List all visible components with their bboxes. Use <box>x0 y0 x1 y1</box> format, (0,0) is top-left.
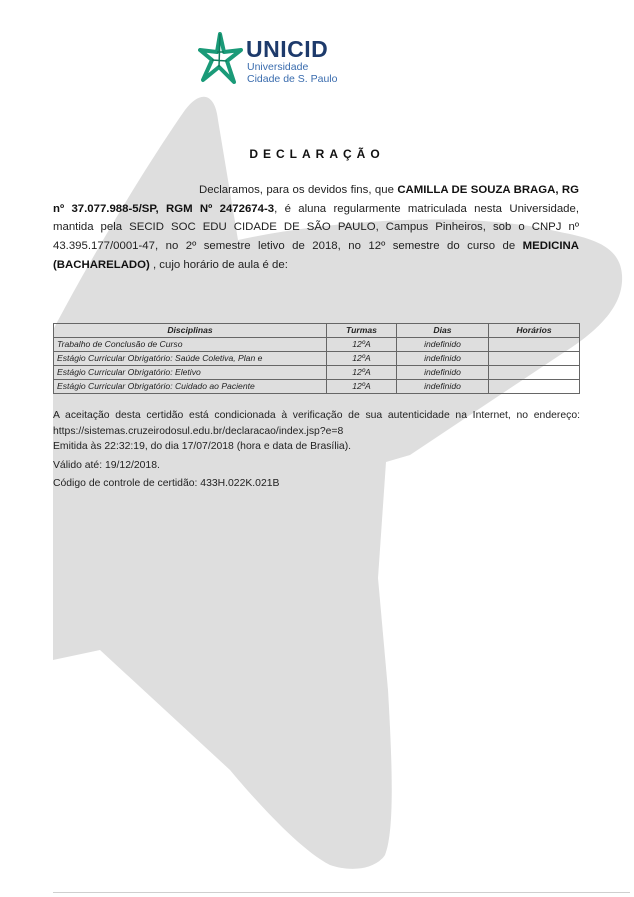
issued-timestamp: Emitida às 22:32:19, do dia 17/07/2018 (… <box>53 441 580 452</box>
logo-subtitle-line2: Cidade de S. Paulo <box>247 74 337 85</box>
schedule-table: Disciplinas Turmas Dias Horários Trabalh… <box>53 323 580 394</box>
unicid-logo: UNICID Universidade Cidade de S. Paulo <box>198 30 348 90</box>
cell-turma: 12ºA <box>327 338 397 352</box>
table-row: Trabalho de Conclusão de Curso 12ºA inde… <box>54 338 580 352</box>
declaration-paragraph: Declaramos, para os devidos fins, que CA… <box>53 181 579 275</box>
cell-dias: indefinido <box>397 380 489 394</box>
table-row: Estágio Curricular Obrigatório: Eletivo … <box>54 366 580 380</box>
cell-turma: 12ºA <box>327 352 397 366</box>
verification-notice: A aceitação desta certidão está condicio… <box>53 408 580 439</box>
header-horarios: Horários <box>489 324 580 338</box>
header-turmas: Turmas <box>327 324 397 338</box>
cell-turma: 12ºA <box>327 366 397 380</box>
cell-horarios <box>489 380 580 394</box>
cell-disciplina: Trabalho de Conclusão de Curso <box>54 338 327 352</box>
body-intro: Declaramos, para os devidos fins, que <box>199 184 397 196</box>
document-title: DECLARAÇÃO <box>0 147 634 161</box>
logo-subtitle-line1: Universidade <box>247 62 308 73</box>
cell-dias: indefinido <box>397 352 489 366</box>
logo-name: UNICID <box>246 38 328 61</box>
control-code: Código de controle de certidão: 433H.022… <box>53 478 580 489</box>
cell-turma: 12ºA <box>327 380 397 394</box>
table-header-row: Disciplinas Turmas Dias Horários <box>54 324 580 338</box>
cell-horarios <box>489 338 580 352</box>
cell-disciplina: Estágio Curricular Obrigatório: Saúde Co… <box>54 352 327 366</box>
header-dias: Dias <box>397 324 489 338</box>
cell-disciplina: Estágio Curricular Obrigatório: Eletivo <box>54 366 327 380</box>
cell-horarios <box>489 366 580 380</box>
valid-until: Válido até: 19/12/2018. <box>53 460 580 471</box>
star-icon <box>198 30 244 86</box>
table-row: Estágio Curricular Obrigatório: Cuidado … <box>54 380 580 394</box>
body-end: , cujo horário de aula é de: <box>150 259 288 271</box>
document-page: UNICID Universidade Cidade de S. Paulo D… <box>0 0 634 897</box>
cell-horarios <box>489 352 580 366</box>
cell-disciplina: Estágio Curricular Obrigatório: Cuidado … <box>54 380 327 394</box>
cell-dias: indefinido <box>397 366 489 380</box>
cell-dias: indefinido <box>397 338 489 352</box>
page-bottom-divider <box>53 892 630 893</box>
header-disciplinas: Disciplinas <box>54 324 327 338</box>
table-row: Estágio Curricular Obrigatório: Saúde Co… <box>54 352 580 366</box>
